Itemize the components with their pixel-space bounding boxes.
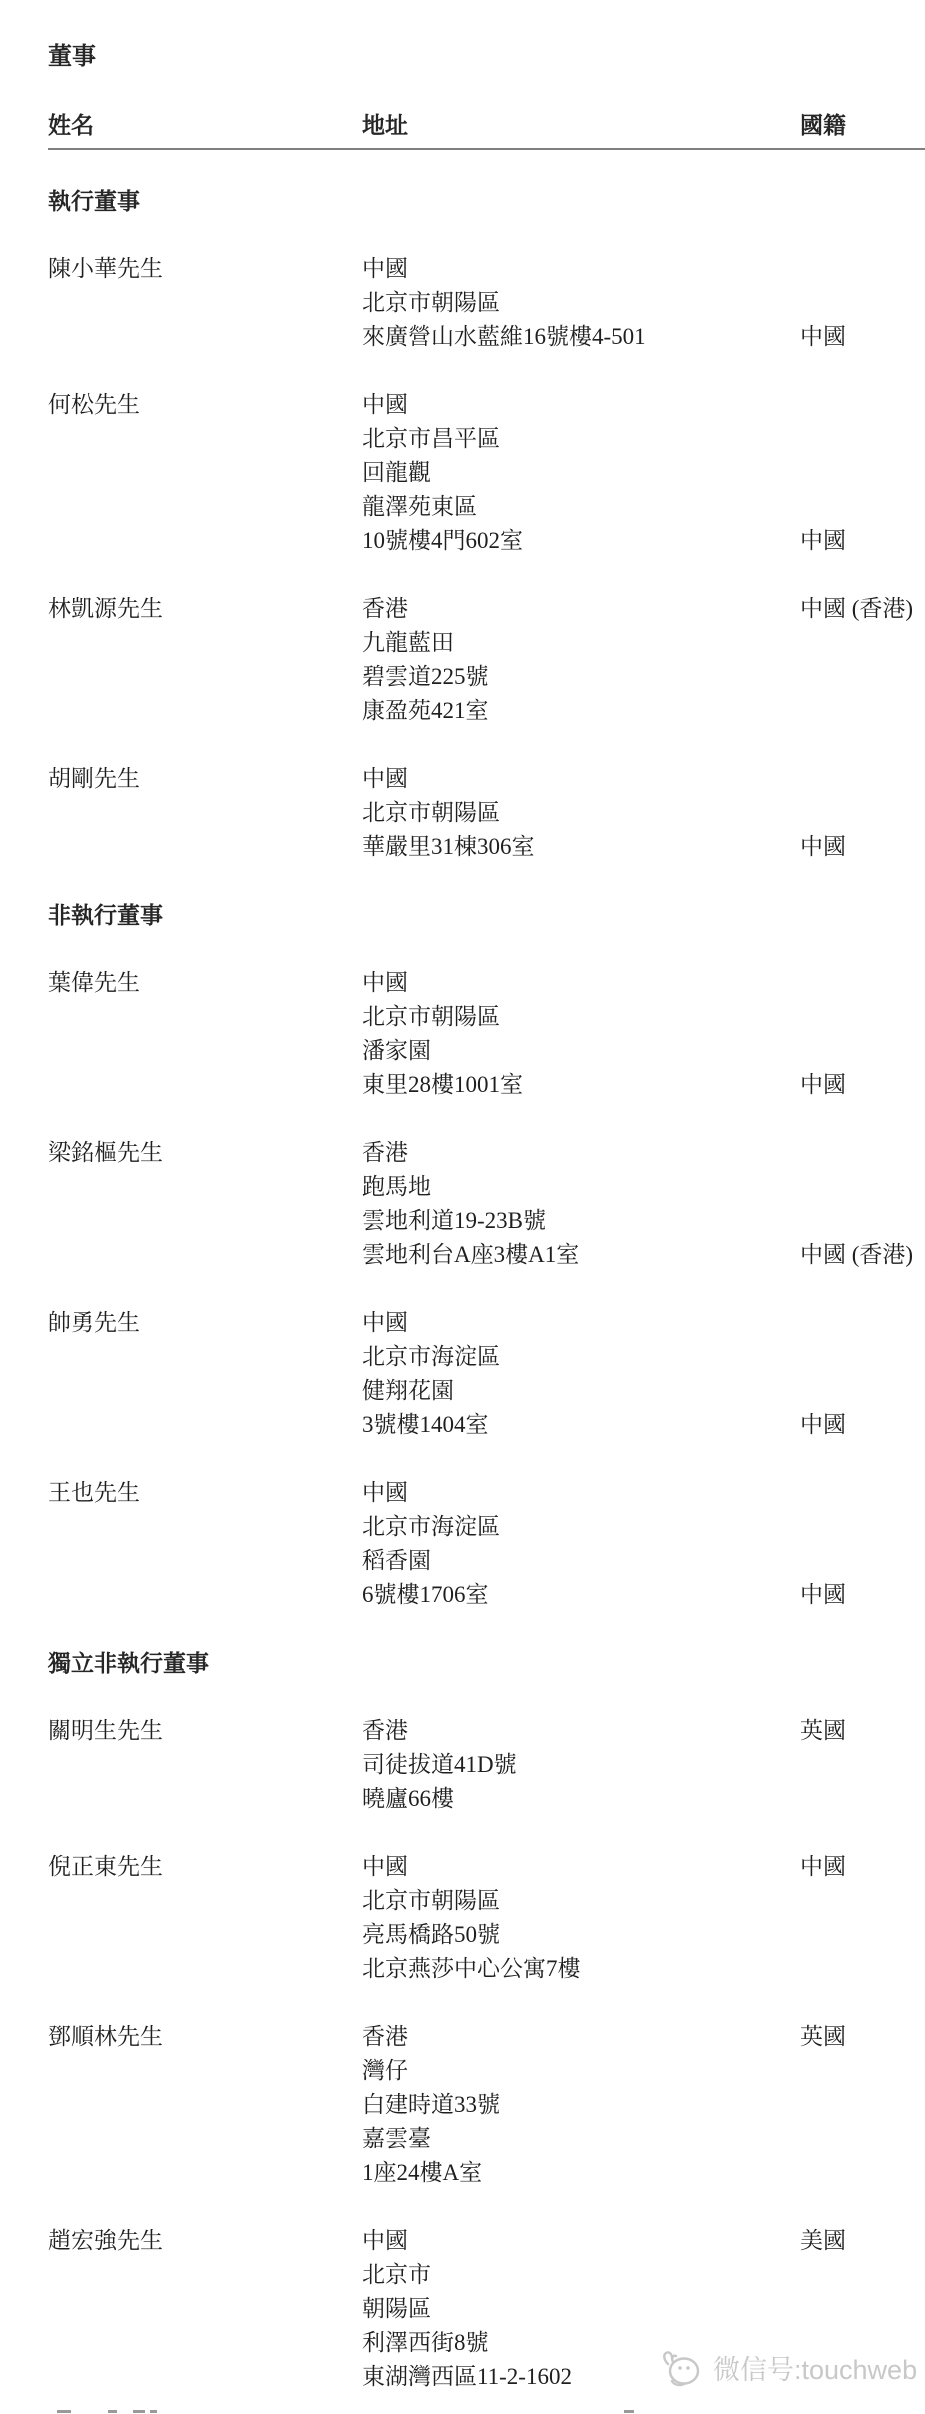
address-line: 雲地利道19-23B號: [362, 1204, 800, 1238]
director-address: 中國北京市朝陽區來廣營山水藍維16號樓4-501: [362, 252, 800, 354]
address-line: 龍澤苑東區: [362, 490, 800, 524]
director-nationality: 中國: [800, 1408, 925, 1442]
director-name: 帥勇先生: [48, 1306, 362, 1340]
address-line: 曉廬66樓: [362, 1782, 800, 1816]
page-title: 董事: [48, 40, 925, 74]
director-name: 鄧順林先生: [48, 2020, 362, 2054]
address-line: 香港: [362, 592, 800, 626]
touchweb-mascot-icon: [660, 2350, 706, 2390]
address-line: 健翔花園: [362, 1374, 800, 1408]
director-name: 葉偉先生: [48, 966, 362, 1000]
address-line: 嘉雲臺: [362, 2122, 800, 2156]
watermark-label: 微信号:touchweb: [713, 2350, 917, 2390]
address-line: 華嚴里31棟306室: [362, 830, 800, 864]
address-line: 稻香園: [362, 1544, 800, 1578]
address-line: 東里28樓1001室: [362, 1068, 800, 1102]
directors-table: 執行董事陳小華先生中國北京市朝陽區來廣營山水藍維16號樓4-501中國何松先生中…: [48, 184, 925, 2394]
address-line: 香港: [362, 1714, 800, 1748]
director-row: 何松先生中國北京市昌平區回龍觀龍澤苑東區10號樓4門602室中國: [48, 388, 925, 558]
director-nationality: 中國 (香港): [800, 1238, 925, 1272]
address-line: 北京市海淀區: [362, 1340, 800, 1374]
address-line: 碧雲道225號: [362, 660, 800, 694]
director-nationality: 中國 (香港): [800, 592, 925, 626]
director-nationality: 中國: [800, 1578, 925, 1612]
director-name: 梁銘樞先生: [48, 1136, 362, 1170]
director-nationality: 英國: [800, 2020, 925, 2054]
director-row: 倪正東先生中國北京市朝陽區亮馬橋路50號北京燕莎中心公寓7樓中國: [48, 1850, 925, 1986]
address-line: 北京市朝陽區: [362, 286, 800, 320]
director-address: 中國北京市朝陽區華嚴里31棟306室: [362, 762, 800, 864]
address-line: 康盈苑421室: [362, 694, 800, 728]
address-line: 北京市朝陽區: [362, 1884, 800, 1918]
director-address: 中國北京市朝陽區亮馬橋路50號北京燕莎中心公寓7樓: [362, 1850, 800, 1986]
director-row: 胡剛先生中國北京市朝陽區華嚴里31棟306室中國: [48, 762, 925, 864]
column-header-nationality: 國籍: [800, 108, 925, 150]
address-line: 3號樓1404室: [362, 1408, 800, 1442]
address-line: 香港: [362, 1136, 800, 1170]
address-line: 中國: [362, 252, 800, 286]
director-row: 王也先生中國北京市海淀區稻香園6號樓1706室中國: [48, 1476, 925, 1612]
column-header-name: 姓名: [48, 108, 362, 150]
address-line: 中國: [362, 2224, 800, 2258]
director-nationality: 中國: [800, 1068, 925, 1102]
director-address: 香港跑馬地雲地利道19-23B號雲地利台A座3樓A1室: [362, 1136, 800, 1272]
director-row: 陳小華先生中國北京市朝陽區來廣營山水藍維16號樓4-501中國: [48, 252, 925, 354]
address-line: 10號樓4門602室: [362, 524, 800, 558]
section-heading: 非執行董事: [48, 898, 925, 932]
address-line: 北京市朝陽區: [362, 796, 800, 830]
address-line: 6號樓1706室: [362, 1578, 800, 1612]
director-name: 胡剛先生: [48, 762, 362, 796]
address-line: 北京市: [362, 2258, 800, 2292]
director-nationality: 中國: [800, 524, 925, 558]
address-line: 司徒拔道41D號: [362, 1748, 800, 1782]
address-line: 雲地利台A座3樓A1室: [362, 1238, 800, 1272]
address-line: 北京市朝陽區: [362, 1000, 800, 1034]
director-name: 王也先生: [48, 1476, 362, 1510]
director-name: 何松先生: [48, 388, 362, 422]
director-nationality: 中國: [800, 320, 925, 354]
director-row: 關明生先生香港司徒拔道41D號曉廬66樓英國: [48, 1714, 925, 1816]
director-nationality: 英國: [800, 1714, 925, 1748]
director-address: 中國北京市海淀區稻香園6號樓1706室: [362, 1476, 800, 1612]
address-line: 北京市昌平區: [362, 422, 800, 456]
address-line: 中國: [362, 388, 800, 422]
director-name: 趙宏強先生: [48, 2224, 362, 2258]
address-line: 九龍藍田: [362, 626, 800, 660]
document-page: 董事 姓名 地址 國籍 執行董事陳小華先生中國北京市朝陽區來廣營山水藍維16號樓…: [0, 0, 925, 2414]
address-line: 1座24樓A室: [362, 2156, 800, 2190]
watermark: 微信号:touchweb: [660, 2350, 917, 2390]
director-nationality: 美國: [800, 2224, 925, 2258]
address-line: 北京市海淀區: [362, 1510, 800, 1544]
address-line: 灣仔: [362, 2054, 800, 2088]
section-heading: 獨立非執行董事: [48, 1646, 925, 1680]
director-row: 林凱源先生香港九龍藍田碧雲道225號康盈苑421室中國 (香港): [48, 592, 925, 728]
director-name: 關明生先生: [48, 1714, 362, 1748]
director-row: 葉偉先生中國北京市朝陽區潘家園東里28樓1001室中國: [48, 966, 925, 1102]
address-line: 中國: [362, 966, 800, 1000]
director-address: 香港九龍藍田碧雲道225號康盈苑421室: [362, 592, 800, 728]
director-address: 中國北京市海淀區健翔花園3號樓1404室: [362, 1306, 800, 1442]
director-address: 香港司徒拔道41D號曉廬66樓: [362, 1714, 800, 1816]
director-name: 陳小華先生: [48, 252, 362, 286]
director-nationality: 中國: [800, 830, 925, 864]
address-line: 香港: [362, 2020, 800, 2054]
address-line: 跑馬地: [362, 1170, 800, 1204]
table-header-row: 姓名 地址 國籍: [48, 108, 925, 150]
address-line: 白建時道33號: [362, 2088, 800, 2122]
address-line: 亮馬橋路50號: [362, 1918, 800, 1952]
address-line: 回龍觀: [362, 456, 800, 490]
director-row: 鄧順林先生香港灣仔白建時道33號嘉雲臺1座24樓A室英國: [48, 2020, 925, 2190]
director-name: 林凱源先生: [48, 592, 362, 626]
director-row: 梁銘樞先生香港跑馬地雲地利道19-23B號雲地利台A座3樓A1室中國 (香港): [48, 1136, 925, 1272]
director-address: 中國北京市朝陽區潘家園東里28樓1001室: [362, 966, 800, 1102]
director-address: 中國北京市昌平區回龍觀龍澤苑東區10號樓4門602室: [362, 388, 800, 558]
column-header-address: 地址: [362, 108, 800, 150]
address-line: 來廣營山水藍維16號樓4-501: [362, 320, 800, 354]
address-line: 中國: [362, 1476, 800, 1510]
director-nationality: 中國: [800, 1850, 925, 1884]
director-row: 帥勇先生中國北京市海淀區健翔花園3號樓1404室中國: [48, 1306, 925, 1442]
address-line: 朝陽區: [362, 2292, 800, 2326]
address-line: 北京燕莎中心公寓7樓: [362, 1952, 800, 1986]
address-line: 中國: [362, 1850, 800, 1884]
director-address: 香港灣仔白建時道33號嘉雲臺1座24樓A室: [362, 2020, 800, 2190]
address-line: 中國: [362, 762, 800, 796]
address-line: 潘家園: [362, 1034, 800, 1068]
director-name: 倪正東先生: [48, 1850, 362, 1884]
address-line: 中國: [362, 1306, 800, 1340]
section-heading: 執行董事: [48, 184, 925, 218]
